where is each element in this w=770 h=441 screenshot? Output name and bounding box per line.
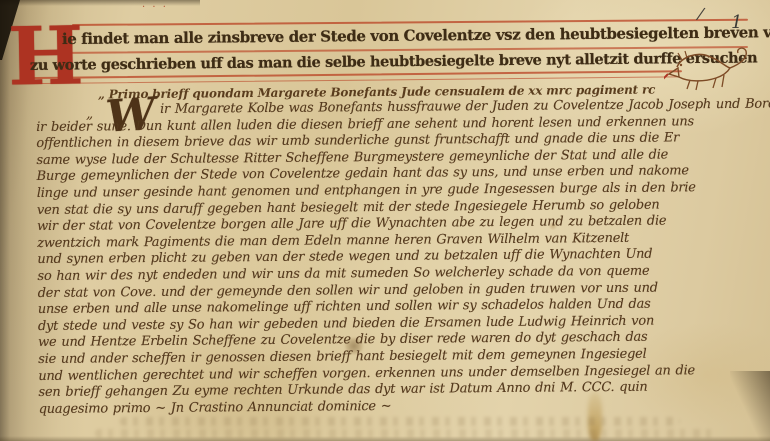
dragon-beast-drollery-icon bbox=[664, 44, 756, 92]
ink-bleedthrough-line bbox=[95, 429, 715, 438]
ink-bleedthrough-line bbox=[120, 417, 680, 426]
page-top-edge-shadow bbox=[0, 0, 200, 6]
red-dot-marks: · · · bbox=[142, 2, 168, 13]
dark-corner-bottom-right bbox=[730, 371, 770, 441]
manuscript-body-text: ir Margarete Kolbe was Bonefants hussfra… bbox=[36, 98, 667, 419]
manuscript-page: / 1 · · · H ie findet man alle zinsbreve… bbox=[0, 0, 770, 441]
